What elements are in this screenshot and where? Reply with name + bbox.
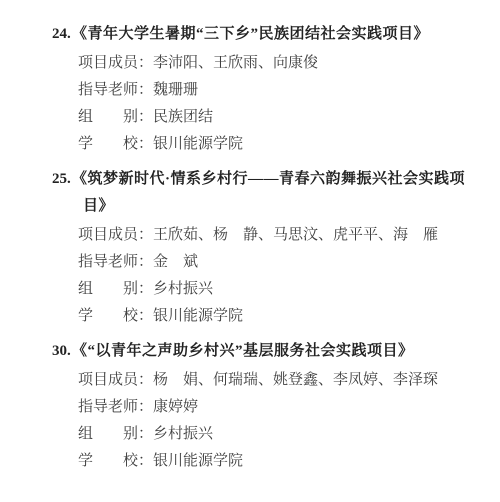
field-value: 魏珊珊 — [153, 82, 482, 99]
field-label: 指导老师： — [78, 399, 153, 416]
field-value: 乡村振兴 — [153, 426, 482, 443]
field-label: 组 别： — [78, 426, 153, 443]
field-label: 学 校： — [78, 308, 153, 325]
field-label: 项目成员： — [78, 372, 153, 389]
project-number: 24. — [52, 26, 72, 43]
project-number: 25. — [52, 171, 72, 188]
project-title: 30. 《“以青年之声助乡村兴”基层服务社会实践项目》 — [52, 343, 482, 360]
field-label: 组 别： — [78, 109, 153, 126]
project-field-row: 组 别： 乡村振兴 — [78, 426, 482, 443]
field-value: 李沛阳、王欣雨、向康俊 — [153, 55, 482, 72]
document-page: 24. 《青年大学生暑期“三下乡”民族团结社会实践项目》 项目成员： 李沛阳、王… — [0, 0, 500, 502]
field-value: 银川能源学院 — [153, 136, 482, 153]
project-fields: 项目成员： 杨 娟、何瑞瑞、姚登鑫、李凤婷、李泽琛 指导老师： 康婷婷 组 别：… — [78, 372, 482, 470]
field-label: 指导老师： — [78, 254, 153, 271]
field-label: 指导老师： — [78, 82, 153, 99]
project-field-row: 学 校： 银川能源学院 — [78, 136, 482, 153]
field-label: 学 校： — [78, 136, 153, 153]
field-label: 组 别： — [78, 281, 153, 298]
project-fields: 项目成员： 李沛阳、王欣雨、向康俊 指导老师： 魏珊珊 组 别： 民族团结 学 … — [78, 55, 482, 153]
field-label: 项目成员： — [78, 55, 153, 72]
project-field-row: 项目成员： 杨 娟、何瑞瑞、姚登鑫、李凤婷、李泽琛 — [78, 372, 482, 389]
project-number: 30. — [52, 343, 72, 360]
project-title-text: 《“以青年之声助乡村兴”基层服务社会实践项目》 — [72, 343, 482, 360]
field-value: 民族团结 — [153, 109, 482, 126]
project-field-row: 组 别： 乡村振兴 — [78, 281, 482, 298]
project-title-text: 《筑梦新时代·情系乡村行——青春六韵舞振兴社会实践项 — [72, 171, 482, 188]
project-entry: 30. 《“以青年之声助乡村兴”基层服务社会实践项目》 项目成员： 杨 娟、何瑞… — [52, 343, 482, 470]
project-field-row: 项目成员： 李沛阳、王欣雨、向康俊 — [78, 55, 482, 72]
field-value: 乡村振兴 — [153, 281, 482, 298]
project-title: 25. 《筑梦新时代·情系乡村行——青春六韵舞振兴社会实践项 — [52, 171, 482, 188]
field-value: 王欣茹、杨 静、马思汶、虎平平、海 雁 — [153, 227, 482, 244]
project-title-continued: 目》 — [83, 198, 482, 215]
field-label: 项目成员： — [78, 227, 153, 244]
project-entry: 25. 《筑梦新时代·情系乡村行——青春六韵舞振兴社会实践项 目》 项目成员： … — [52, 171, 482, 325]
project-field-row: 学 校： 银川能源学院 — [78, 453, 482, 470]
project-field-row: 组 别： 民族团结 — [78, 109, 482, 126]
field-value: 杨 娟、何瑞瑞、姚登鑫、李凤婷、李泽琛 — [153, 372, 482, 389]
field-label: 学 校： — [78, 453, 153, 470]
project-field-row: 指导老师： 康婷婷 — [78, 399, 482, 416]
project-field-row: 指导老师： 金 斌 — [78, 254, 482, 271]
project-title-text: 《青年大学生暑期“三下乡”民族团结社会实践项目》 — [72, 26, 482, 43]
project-fields: 项目成员： 王欣茹、杨 静、马思汶、虎平平、海 雁 指导老师： 金 斌 组 别：… — [78, 227, 482, 325]
field-value: 银川能源学院 — [153, 453, 482, 470]
field-value: 康婷婷 — [153, 399, 482, 416]
project-field-row: 学 校： 银川能源学院 — [78, 308, 482, 325]
project-field-row: 指导老师： 魏珊珊 — [78, 82, 482, 99]
project-title: 24. 《青年大学生暑期“三下乡”民族团结社会实践项目》 — [52, 26, 482, 43]
field-value: 银川能源学院 — [153, 308, 482, 325]
project-entry: 24. 《青年大学生暑期“三下乡”民族团结社会实践项目》 项目成员： 李沛阳、王… — [52, 26, 482, 153]
project-field-row: 项目成员： 王欣茹、杨 静、马思汶、虎平平、海 雁 — [78, 227, 482, 244]
field-value: 金 斌 — [153, 254, 482, 271]
